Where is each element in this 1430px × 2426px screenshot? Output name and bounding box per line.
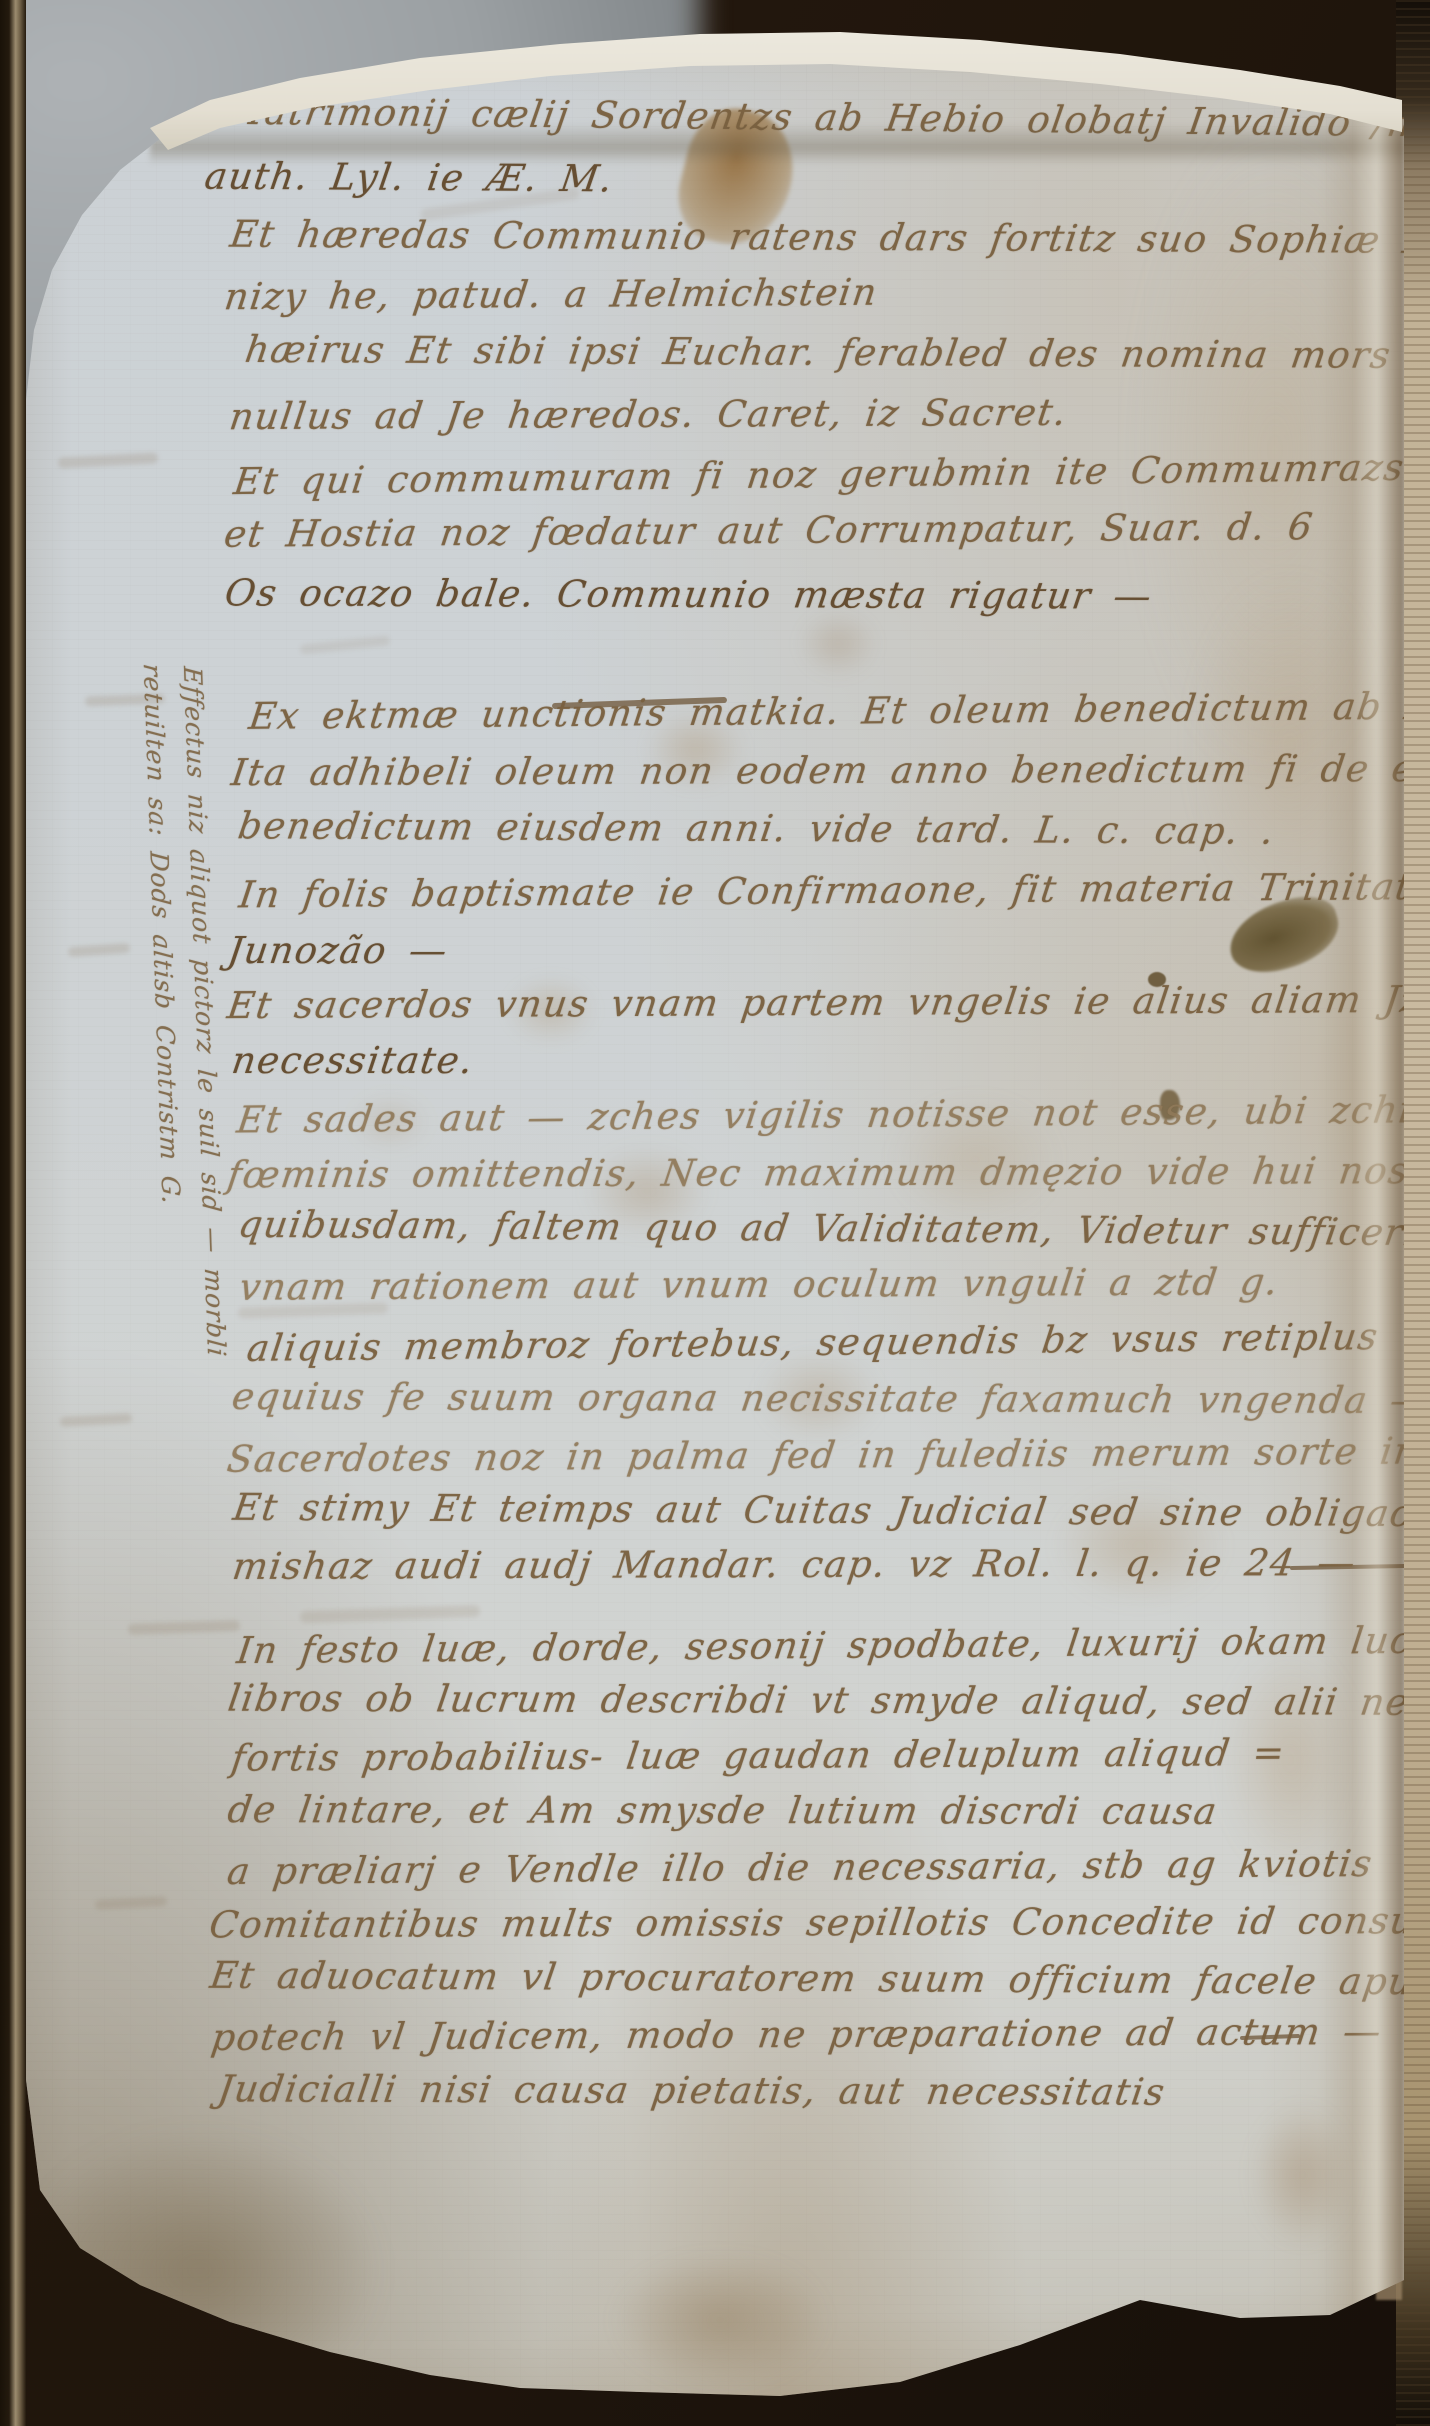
handwritten-line: Junozão — xyxy=(225,928,451,974)
handwritten-line: a præliarj e Vendle illo die necessaria,… xyxy=(224,1841,1375,1895)
handwritten-line: Ita adhibeli oleum non eodem anno benedi… xyxy=(229,746,1430,796)
handwritten-line: Sacerdotes noz in palma fed in fulediis … xyxy=(224,1427,1430,1483)
handwritten-line: Et stimy Et teimps aut Cuitas Judicial s… xyxy=(230,1485,1430,1537)
handwritten-line: libros ob lucrum describdi vt smyde aliq… xyxy=(225,1676,1430,1727)
handwritten-line: nizy he, patud. a Helmichstein xyxy=(222,270,881,321)
handwritten-line: Judicialli nisi causa pietatis, aut nece… xyxy=(215,2066,1169,2115)
manuscript-photo: Matrimonij cælij Sordentzs ab Hebio olob… xyxy=(0,0,1430,2426)
handwritten-line: Comitantibus mults omissis sepillotis Co… xyxy=(207,1898,1430,1949)
handwritten-line: vnam rationem aut vnum oculum vnguli a z… xyxy=(237,1259,1282,1310)
handwritten-line: equius fe suum organa necissitate faxamu… xyxy=(229,1374,1430,1424)
handwritten-line: Et aduocatum vl procuratorem suum offici… xyxy=(207,1953,1430,2005)
handwritten-line: fortis probabilius- luæ gaudan deluplum … xyxy=(229,1730,1289,1782)
handwritten-line: In folis baptismate ie Confirmaone, fit … xyxy=(236,864,1430,919)
handwritten-line: Et hæredas Communio ratens dars fortitz … xyxy=(227,212,1430,265)
manuscript-page: Matrimonij cælij Sordentzs ab Hebio olob… xyxy=(0,0,1430,2426)
handwritten-line: Et sacerdos vnus vnam partem vngelis ie … xyxy=(224,977,1424,1029)
handwritten-line: potech vl Judicem, modo ne præparatione … xyxy=(208,2009,1385,2061)
handwritten-line: de lintare, et Am smysde lutium discrdi … xyxy=(225,1787,1221,1835)
page-crease xyxy=(1320,100,1404,2320)
handwritten-line: hæirus Et sibi ipsi Euchar. ferabled des… xyxy=(242,327,1430,379)
handwritten-line: benedictum eiusdem anni. vide tard. L. c… xyxy=(235,803,1278,854)
binding-edge xyxy=(0,0,26,2426)
head-edge-shadow xyxy=(150,95,1404,165)
handwritten-line: nullus ad Je hæredos. Caret, iz Sacret. xyxy=(227,390,1071,440)
handwritten-line: necessitate. xyxy=(229,1038,477,1084)
handwritten-line: et Hostia noz fœdatur aut Corrumpatur, S… xyxy=(221,504,1316,558)
handwritten-line: mishaz audi audj Mandar. cap. vz Rol. l.… xyxy=(230,1540,1360,1590)
handwritten-line: Os ocazo bale. Communio mæsta rigatur — xyxy=(222,570,1156,619)
handwritten-line: quibusdam, faltem quo ad Validitatem, Vi… xyxy=(235,1202,1430,1256)
handwritten-line: fœminis omittendis, Nec maximum dmęzio v… xyxy=(225,1148,1430,1199)
